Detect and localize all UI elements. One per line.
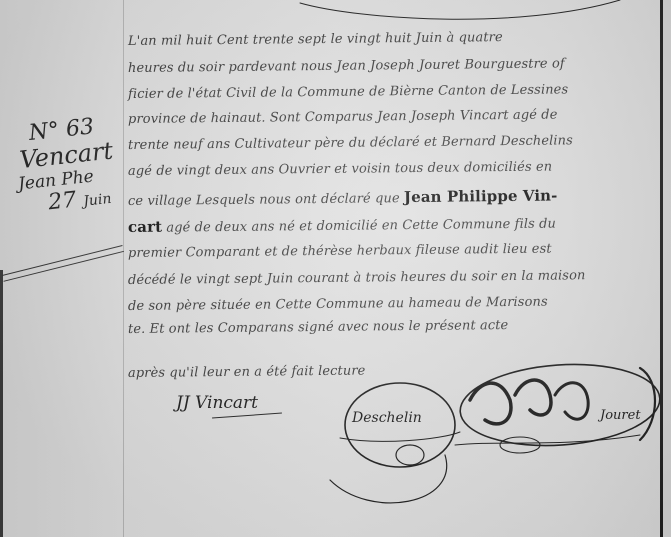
signature-flourishes [0, 0, 671, 537]
signature-witness: Deschelin [352, 410, 422, 426]
signature-officer: Jouret [600, 408, 641, 423]
signature-officer-text: Jouret [600, 408, 641, 423]
signature-father-text: JJ Vincart [176, 393, 258, 413]
officer-flourish-oval [457, 358, 662, 452]
register-page: N° 63 Vencart Jean Phe 27 Juin L'an mil … [0, 0, 671, 537]
signature-witness-text: Deschelin [352, 410, 422, 426]
signature-father: JJ Vincart [176, 393, 258, 413]
